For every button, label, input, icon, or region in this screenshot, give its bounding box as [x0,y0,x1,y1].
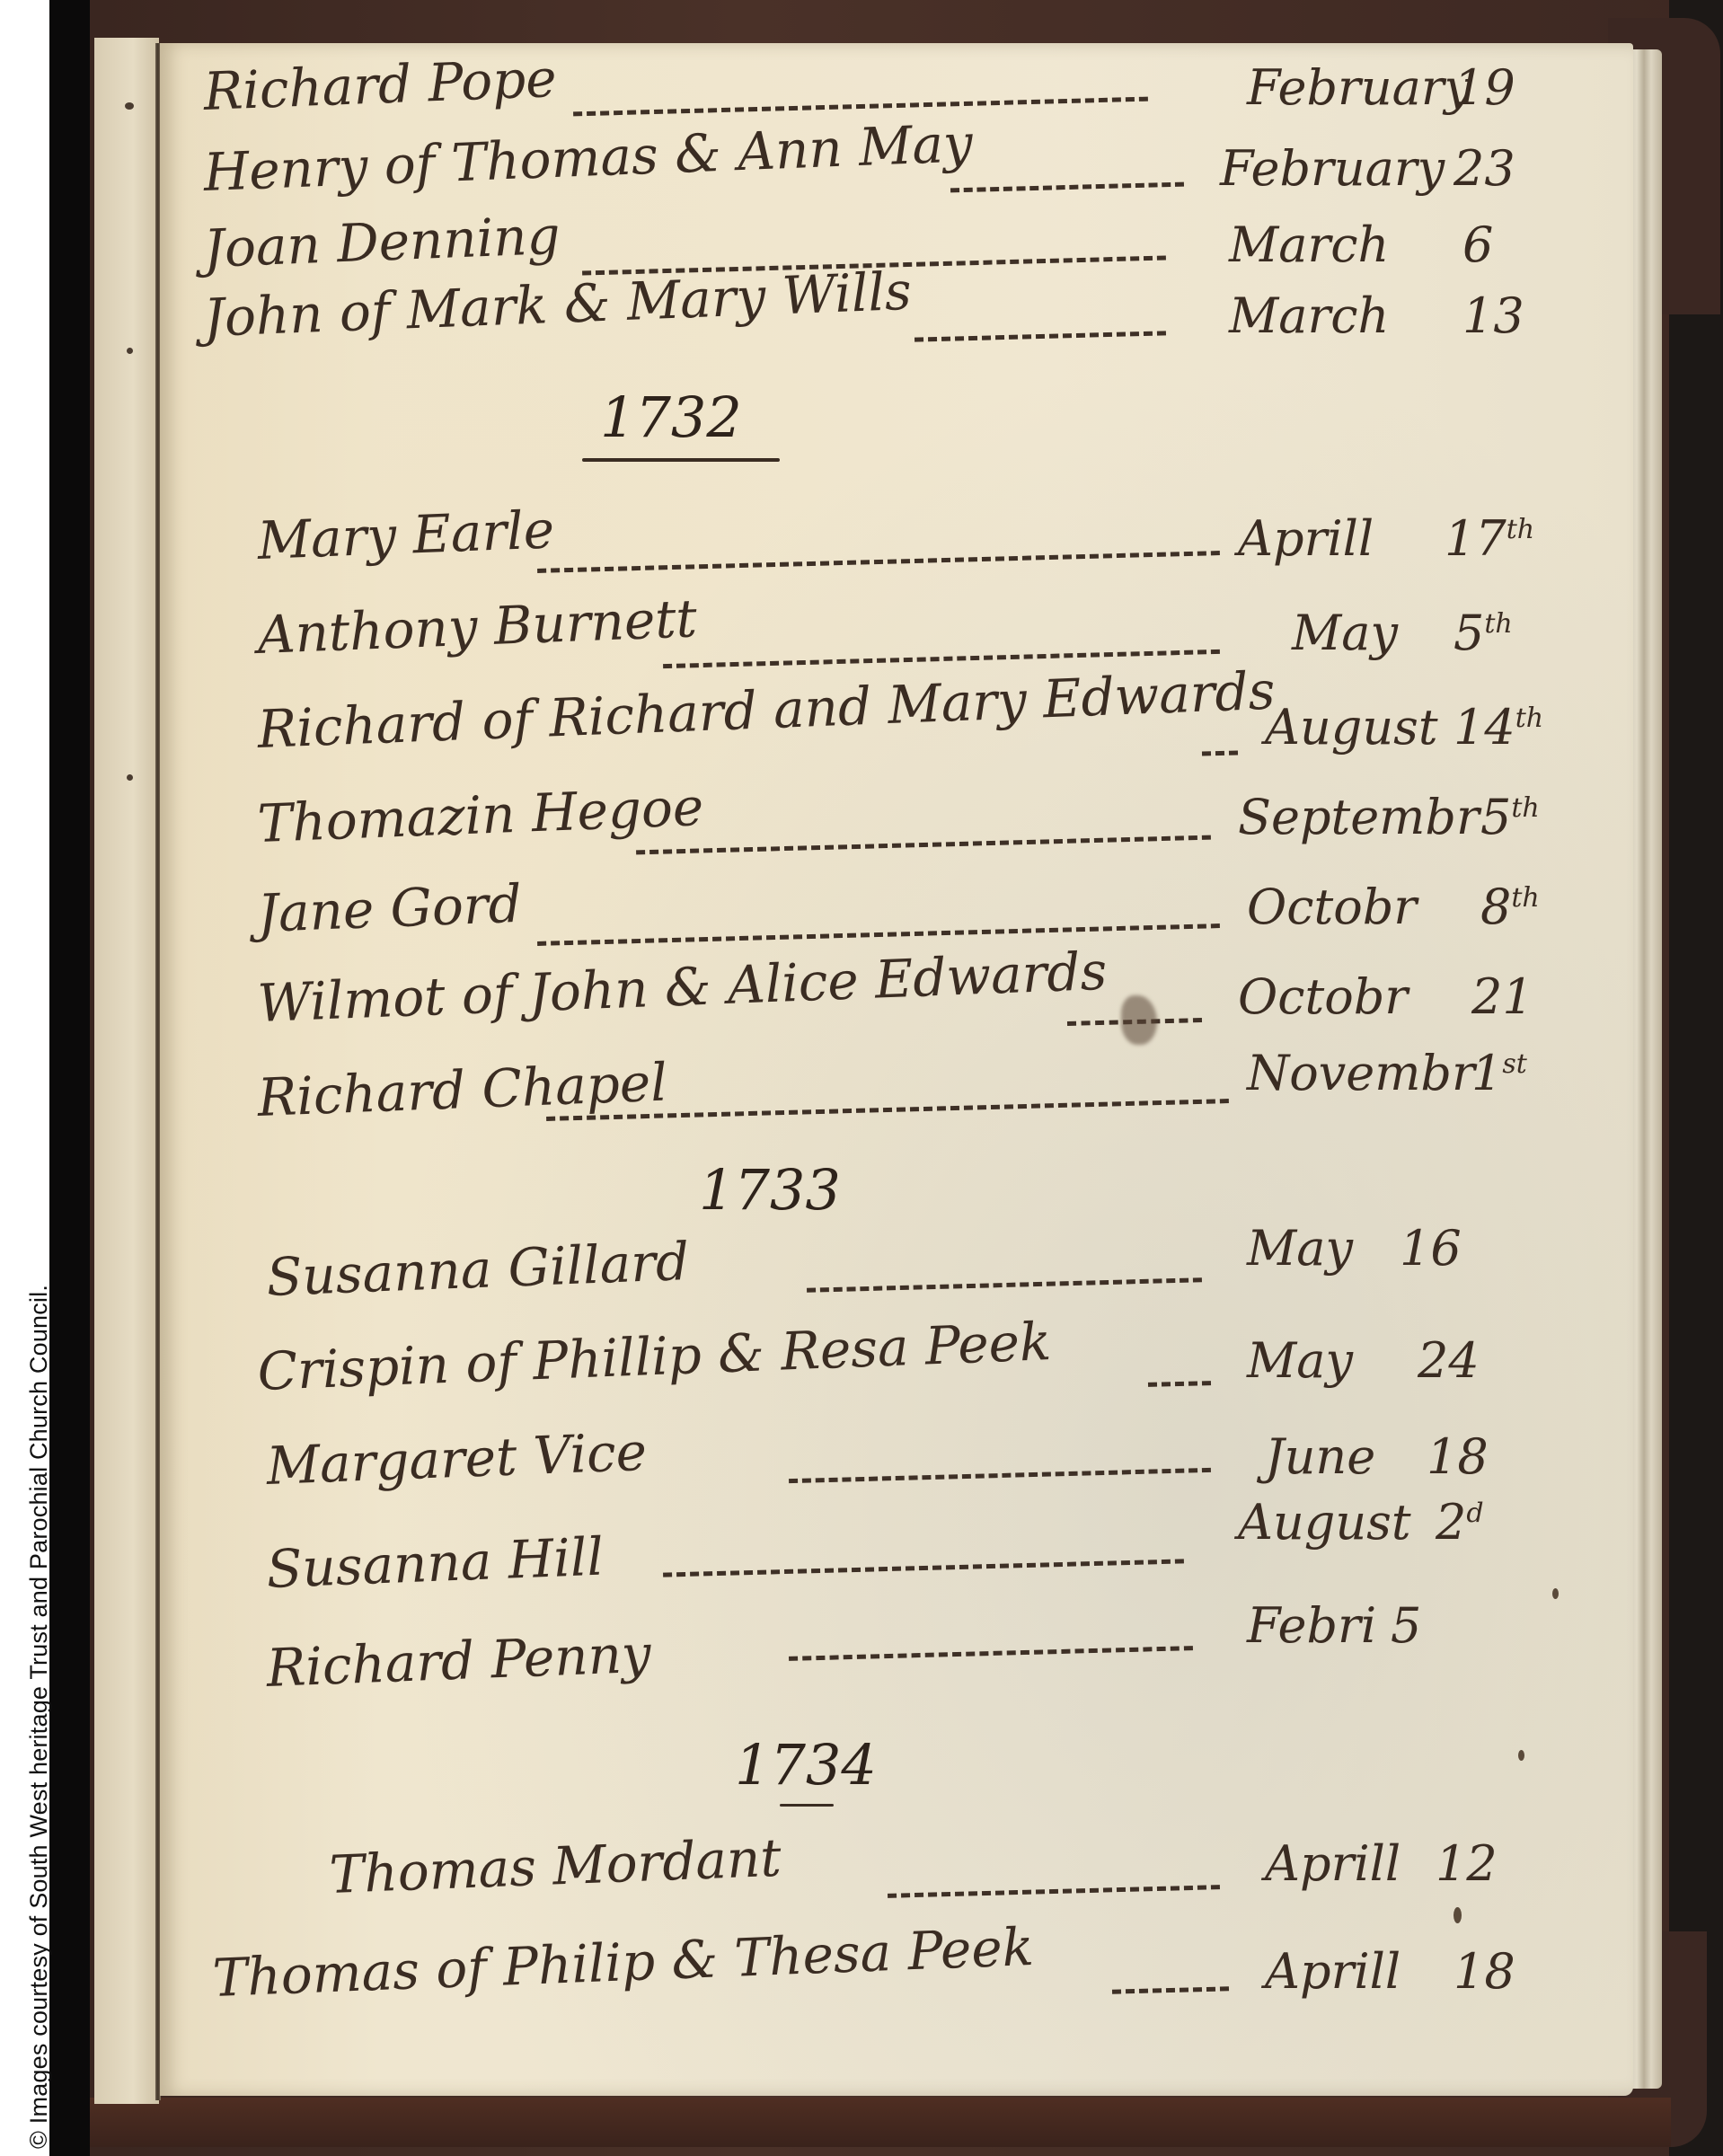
entry-month: August [1238,1494,1411,1551]
register-entry: Thomas of Philip & Thesa Peek Aprill 18 [160,1948,1633,2019]
entry-month: Febri [1247,1597,1376,1654]
credit-strip: © Images courtesy of South West heritage… [0,0,49,2156]
margin-mark [127,348,133,354]
leader-dashes [789,1468,1211,1483]
register-entry: Richard Penny Febri 5 [160,1638,1633,1710]
leader-dashes [1148,1381,1211,1387]
copyright-credit: © Images courtesy of South West heritage… [25,1285,53,2149]
register-entry: Thomazin Hegoe Septembr 5th [160,793,1633,865]
register-entry: Henry of Thomas & Ann May February 23 [160,142,1633,214]
margin-mark [125,102,134,110]
entry-month: Aprill [1238,510,1374,567]
entry-month: August [1265,699,1438,755]
leader-dashes [537,923,1220,946]
register-page: Richard Pope February 19 Henry of Thomas… [160,43,1633,2096]
leader-dashes [663,1559,1184,1577]
entry-month: March [1229,287,1389,344]
entry-day: 5th [1480,789,1540,845]
leader-dashes [789,1646,1193,1661]
leader-dashes [537,551,1220,573]
year-underline [582,458,780,462]
entry-month: Aprill [1265,1943,1400,2000]
leather-bottom-edge [90,2098,1671,2147]
entry-day: 12 [1436,1835,1498,1892]
entry-month: May [1247,1220,1353,1277]
paper-fleck [1454,1907,1462,1923]
register-entry: Crispin of Phillip & Resa Peek May 24 [160,1341,1633,1413]
register-entry: Wilmot of John & Alice Edwards Octobr 21 [160,973,1633,1045]
entry-month: Octobr [1238,968,1408,1025]
entry-name: Anthony Burnett [256,588,698,666]
year-heading: 1733 [699,1157,841,1223]
entry-month: Novembr [1247,1045,1475,1101]
register-entry: Richard Chapel Novembr 1st [160,1067,1633,1139]
entry-name: Thomas of Philip & Thesa Peek [211,1916,1035,2009]
entry-name: Thomas Mordant [328,1827,782,1905]
year-heading: 1732 [600,384,742,450]
background-right [1669,0,1723,2156]
entry-day: 14th [1454,699,1543,755]
entry-name: Crispin of Phillip & Resa Peek [256,1311,1052,1402]
entry-month: Septembr [1238,789,1480,845]
entry-month: February [1247,59,1471,116]
leader-dashes [1202,750,1238,755]
entry-month: March [1229,216,1389,273]
leader-dashes [1112,1986,1229,1993]
entry-day: 16 [1400,1220,1462,1277]
leader-dashes [950,182,1184,193]
entry-month: May [1247,1332,1353,1389]
entry-day: 13 [1462,287,1524,344]
register-entry: Susanna Gillard May 16 [160,1247,1633,1319]
paper-fleck [1518,1750,1524,1761]
paper-fleck [1552,1588,1559,1599]
leader-dashes [573,97,1148,117]
entry-name: Margaret Vice [265,1421,648,1497]
entry-name: Mary Earle [256,499,555,571]
entry-month: June [1265,1428,1375,1485]
leader-dashes [807,1277,1202,1293]
register-entry: Richard of Richard and Mary Edwards Augu… [160,699,1633,771]
register-entry: John of Mark & Mary Wills March 13 [160,287,1633,359]
register-entry: Thomas Mordant Aprill 12 [160,1844,1633,1916]
register-entry: Anthony Burnett May 5th [160,605,1633,676]
leader-dashes [915,331,1166,341]
year-heading: 1734 [735,1732,877,1798]
entry-name: Joan Denning [202,205,561,279]
entry-name: Susanna Hill [265,1526,605,1600]
entry-month: Octobr [1247,879,1417,935]
entry-day: 2d [1436,1494,1484,1551]
year-underline [780,1804,834,1807]
entry-day: 24 [1418,1332,1480,1389]
margin-mark [127,774,133,781]
left-page-edge [94,38,159,2104]
entry-day: 8th [1480,879,1540,935]
leader-dashes [888,1885,1220,1898]
register-entry: Margaret Vice June 18 [160,1436,1633,1507]
entry-month: Aprill [1265,1835,1400,1892]
entry-day: 18 [1427,1428,1489,1485]
entry-day: 21 [1471,968,1533,1025]
register-entry: Mary Earle Aprill 17th [160,510,1633,582]
register-entry: Jane Gord Octobr 8th [160,883,1633,955]
leader-dashes [636,835,1211,855]
entry-day: 18 [1454,1943,1515,2000]
entry-day: 19 [1454,59,1515,116]
entry-name: Jane Gord [256,873,522,944]
entry-name: Thomazin Hegoe [256,776,704,854]
entry-day: 6 [1462,216,1493,273]
entry-day: 5th [1454,605,1513,661]
entry-name: Susanna Gillard [265,1231,690,1308]
entry-day: 1st [1471,1045,1527,1101]
entry-day: 17th [1445,510,1534,567]
entry-month: February [1220,140,1445,197]
entry-day: 5 [1391,1597,1421,1654]
entry-day: 23 [1454,140,1515,197]
entry-name: Richard Pope [202,48,557,122]
entry-month: May [1292,605,1398,661]
entry-name: Richard Penny [265,1623,651,1699]
